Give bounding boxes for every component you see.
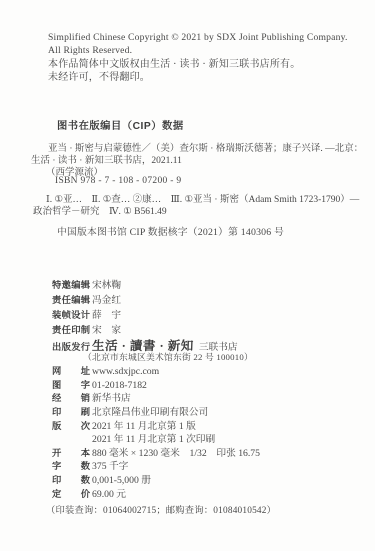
colophon-row-website: 网 址 www.sdxjpc.com xyxy=(52,363,260,377)
copyright-line-en-2: All Rights Reserved. xyxy=(48,44,348,57)
copyright-line-en-1: Simplified Chinese Copyright © 2021 by S… xyxy=(48,31,348,44)
colophon-label: 定 价 xyxy=(52,486,92,500)
colophon-value: 880 毫米 × 1230 毫米 1/32 印张 16.75 xyxy=(92,445,260,459)
cip-isbn: ISBN 978 - 7 - 108 - 07200 - 9 xyxy=(55,176,181,186)
colophon-label: 网 址 xyxy=(52,363,92,377)
service-query-line: （印装查询：01064002715；邮购查询：01084010542） xyxy=(46,502,276,516)
colophon-row-wordcount: 字 数 375 千字 xyxy=(52,458,260,472)
staff-value: 宋 家 xyxy=(92,322,121,336)
staff-label: 特邀编辑 xyxy=(52,277,92,291)
sdx-logo-text: 生活 · 讀書 · 新知 xyxy=(92,336,194,354)
colophon-row-format: 开 本 880 毫米 × 1230 毫米 1/32 印张 16.75 xyxy=(52,445,260,459)
colophon-row-price: 定 价 69.00 元 xyxy=(52,486,260,500)
publisher-row: 出版发行 生活 · 讀書 · 新知 三联书店 xyxy=(52,336,260,350)
colophon-value: 69.00 元 xyxy=(92,486,126,500)
colophon-row-license: 图 字 01-2018-7182 xyxy=(52,377,260,391)
colophon-value: www.sdxjpc.com xyxy=(92,366,159,377)
colophon-row-distributor: 经 销 新华书店 xyxy=(52,390,260,404)
colophon-value: 375 千字 xyxy=(92,458,128,472)
copyright-line-cn-2: 未经许可，不得翻印。 xyxy=(48,71,348,84)
cip-index-line-2: 政治哲学－研究 Ⅳ. ① B561.49 xyxy=(33,203,167,217)
colophon-row-printrun: 印 数 0,001-5,000 册 xyxy=(52,472,260,486)
colophon-label: 开 本 xyxy=(52,445,92,459)
colophon-value: 新华书店 xyxy=(92,390,131,404)
staff-value: 冯金红 xyxy=(92,292,121,306)
staff-row: 责任印制 宋 家 xyxy=(52,322,121,337)
cip-heading: 图书在版编目（CIP）数据 xyxy=(57,117,184,132)
staff-value: 薛 宇 xyxy=(92,307,121,321)
staff-value: 宋林鞠 xyxy=(92,277,121,291)
colophon-value: 01-2018-7182 xyxy=(92,380,147,391)
colophon: 出版发行 生活 · 讀書 · 新知 三联书店 （北京市东城区美术馆东街 22 号… xyxy=(52,336,260,499)
cip-record-number: 中国版本图书馆 CIP 数据核字（2021）第 140306 号 xyxy=(57,224,284,238)
colophon-value: 0,001-5,000 册 xyxy=(92,472,151,486)
colophon-value: 2021 年 11 月北京第 1 次印刷 xyxy=(52,431,215,445)
colophon-value: 2021 年 11 月北京第 1 版 xyxy=(92,418,196,432)
staff-label: 责任印制 xyxy=(52,322,92,336)
staff-label: 责任编辑 xyxy=(52,292,92,306)
copyright-line-cn-1: 本作品简体中文版权由生活 · 读书 · 新知三联书店所有。 xyxy=(48,58,348,71)
colophon-label: 印 数 xyxy=(52,472,92,486)
staff-label: 装帧设计 xyxy=(52,307,92,321)
staff-credits: 特邀编辑 宋林鞠 责任编辑 冯金红 装帧设计 薛 宇 责任印制 宋 家 xyxy=(52,277,121,337)
colophon-label: 印 刷 xyxy=(52,404,92,418)
staff-row: 装帧设计 薛 宇 xyxy=(52,307,121,322)
colophon-row-printer: 印 刷 北京隆昌伟业印刷有限公司 xyxy=(52,404,260,418)
colophon-label: 字 数 xyxy=(52,458,92,472)
staff-row: 责任编辑 冯金红 xyxy=(52,292,121,307)
book-copyright-page: Simplified Chinese Copyright © 2021 by S… xyxy=(0,0,375,551)
colophon-label: 经 销 xyxy=(52,390,92,404)
colophon-value: 北京隆昌伟业印刷有限公司 xyxy=(92,404,208,418)
colophon-label: 版 次 xyxy=(52,418,92,432)
colophon-row-edition-2: 2021 年 11 月北京第 1 次印刷 xyxy=(52,431,260,445)
copyright-notice: Simplified Chinese Copyright © 2021 by S… xyxy=(48,31,348,85)
colophon-row-edition: 版 次 2021 年 11 月北京第 1 版 xyxy=(52,418,260,432)
staff-row: 特邀编辑 宋林鞠 xyxy=(52,277,121,292)
colophon-label: 图 字 xyxy=(52,377,92,391)
